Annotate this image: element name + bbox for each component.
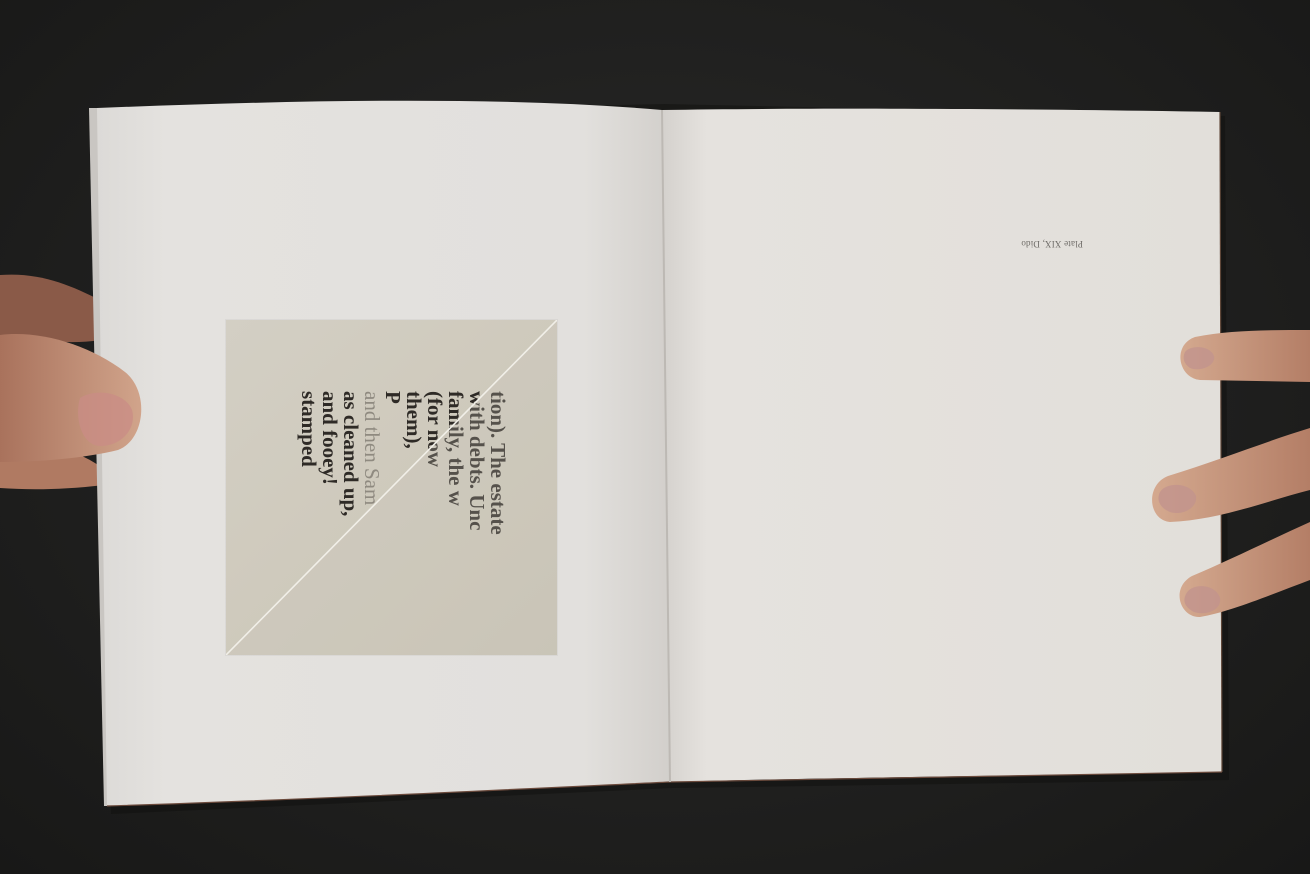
photo-scene: tion). The estate with debts. Unc family… bbox=[0, 0, 1310, 874]
plate-image: tion). The estate with debts. Unc family… bbox=[226, 320, 557, 655]
diagonal-fold bbox=[226, 320, 557, 655]
open-book bbox=[0, 0, 1310, 874]
plate-caption: Plate XIX, Dido bbox=[1012, 235, 1092, 249]
right-page bbox=[662, 109, 1222, 782]
